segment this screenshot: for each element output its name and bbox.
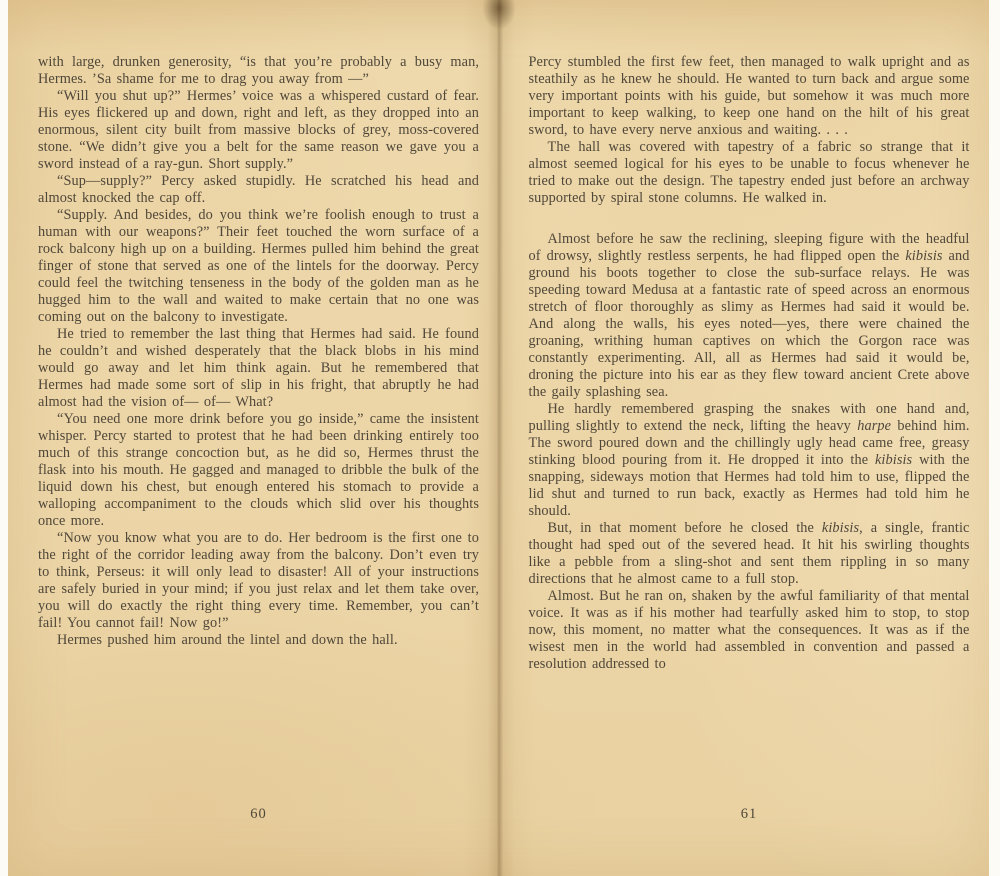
text-segment: “Will you shut up?” Hermes’ voice was a … [38, 88, 479, 172]
text-segment: and ground his boots together to close t… [529, 248, 970, 400]
paragraph: “You need one more drink before you go i… [38, 411, 479, 530]
right-page-number: 61 [529, 806, 970, 823]
page-right: Percy stumbled the first few feet, then … [499, 0, 990, 876]
text-segment: Percy stumbled the first few feet, then … [529, 54, 970, 138]
paragraph: Percy stumbled the first few feet, then … [529, 54, 970, 139]
italic-term: kibisis [822, 520, 859, 536]
paragraph: He tried to remember the last thing that… [38, 326, 479, 411]
page-left: with large, drunken generosity, “is that… [8, 0, 499, 876]
paragraph: “Sup—supply?” Percy asked stupidly. He s… [38, 173, 479, 207]
scanned-book-spread: with large, drunken generosity, “is that… [0, 0, 1000, 876]
left-page-text: with large, drunken generosity, “is that… [38, 54, 479, 649]
paragraph: He hardly remembered grasping the snakes… [529, 401, 970, 520]
text-segment: Almost. But he ran on, shaken by the awf… [529, 588, 970, 672]
paragraph: But, in that moment before he closed the… [529, 520, 970, 588]
text-segment: “Sup—supply?” Percy asked stupidly. He s… [38, 173, 479, 206]
right-page-text: Percy stumbled the first few feet, then … [529, 54, 970, 673]
text-segment: He tried to remember the last thing that… [38, 326, 479, 410]
paragraph: “Now you know what you are to do. Her be… [38, 530, 479, 632]
paragraph: with large, drunken generosity, “is that… [38, 54, 479, 88]
paragraph: “Will you shut up?” Hermes’ voice was a … [38, 88, 479, 173]
italic-term: kibisis [875, 452, 912, 468]
text-segment: “Supply. And besides, do you think we’re… [38, 207, 479, 325]
paragraph: Almost. But he ran on, shaken by the awf… [529, 588, 970, 673]
paragraph: Almost before he saw the reclining, slee… [529, 231, 970, 401]
text-segment: Hermes pushed him around the lintel and … [57, 632, 398, 648]
text-segment: Almost before he saw the reclining, slee… [529, 231, 970, 264]
left-page-number: 60 [38, 806, 479, 823]
text-segment: “You need one more drink before you go i… [38, 411, 479, 529]
text-segment: The hall was covered with tapestry of a … [529, 139, 970, 206]
italic-term: harpe [857, 418, 891, 434]
italic-term: kibisis [905, 248, 942, 264]
text-segment: But, in that moment before he closed the [548, 520, 822, 536]
text-segment: “Now you know what you are to do. Her be… [38, 530, 479, 631]
paragraph: The hall was covered with tapestry of a … [529, 139, 970, 207]
paragraph: “Supply. And besides, do you think we’re… [38, 207, 479, 326]
paragraph: Hermes pushed him around the lintel and … [38, 632, 479, 649]
book-pages: with large, drunken generosity, “is that… [8, 0, 989, 876]
text-segment: with large, drunken generosity, “is that… [38, 54, 479, 87]
